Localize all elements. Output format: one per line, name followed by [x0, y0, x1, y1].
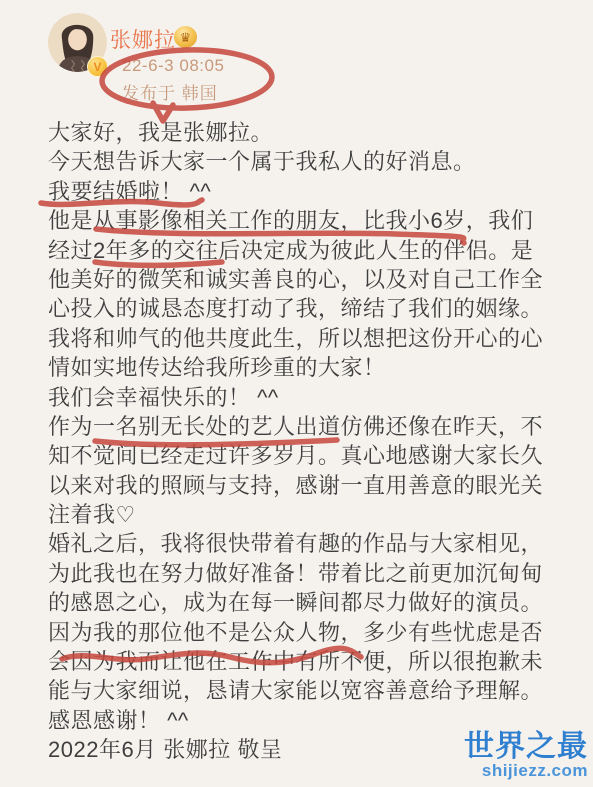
- post-line: 我们会幸福快乐的！ ^^: [48, 383, 568, 412]
- post-line: 心投入的诚恳态度打动了我，缔结了我们的姻缘。: [48, 294, 568, 323]
- post-line: 能与大家细说，恳请大家能以宽容善意给予理解。: [48, 676, 568, 705]
- post-location: 发布于 韩国: [122, 79, 218, 104]
- watermark: 世界之最 shijiezz.com: [464, 731, 588, 781]
- watermark-domain: shijiezz.com: [464, 762, 588, 781]
- post-line: 经过2年多的交往后决定成为彼此人生的伴侣。是: [48, 236, 568, 265]
- post-body: 大家好，我是张娜拉。 今天想告诉大家一个属于我私人的好消息。 我要结婚啦！ ^^…: [48, 118, 568, 765]
- post-line: 他是从事影像相关工作的朋友，比我小6岁，我们: [48, 206, 568, 235]
- post-line: 知不觉间已经走过许多岁月。真心地感谢大家长久: [48, 441, 568, 470]
- post-line: 的感恩之心，成为在每一瞬间都尽力做好的演员。: [48, 588, 568, 617]
- post-line: 为此我也在努力做好准备！带着比之前更加沉甸甸: [48, 559, 568, 588]
- post-line: 婚礼之后，我将很快带着有趣的作品与大家相见，: [48, 529, 568, 558]
- post-line: 会因为我而让他在工作中有所不便，所以很抱歉未: [48, 647, 568, 676]
- post-line: 他美好的微笑和诚实善良的心，以及对自己工作全: [48, 265, 568, 294]
- post-line: 因为我的那位他不是公众人物，多少有些忧虑是否: [48, 618, 568, 647]
- post-line: 我要结婚啦！ ^^: [48, 177, 568, 206]
- post-line: 我将和帅气的他共度此生，所以想把这份开心的心: [48, 324, 568, 353]
- post-line: 作为一名别无长处的艺人出道仿佛还像在昨天，不: [48, 412, 568, 441]
- verified-v-badge-icon: V: [87, 56, 108, 77]
- author-username[interactable]: 张娜拉: [110, 24, 176, 54]
- post-timestamp: 22-6-3 08:05: [122, 56, 224, 76]
- vip-crown-badge-icon: ♛: [174, 26, 197, 48]
- post-line: 注着我♡: [48, 500, 568, 529]
- post-line: 以来对我的照顾与支持，感谢一直用善意的眼光关: [48, 471, 568, 500]
- post-line: 情如实地传达给我所珍重的大家！: [48, 353, 568, 382]
- post-line: 今天想告诉大家一个属于我私人的好消息。: [48, 147, 568, 176]
- post-line: 大家好，我是张娜拉。: [48, 118, 568, 147]
- watermark-title: 世界之最: [464, 731, 588, 763]
